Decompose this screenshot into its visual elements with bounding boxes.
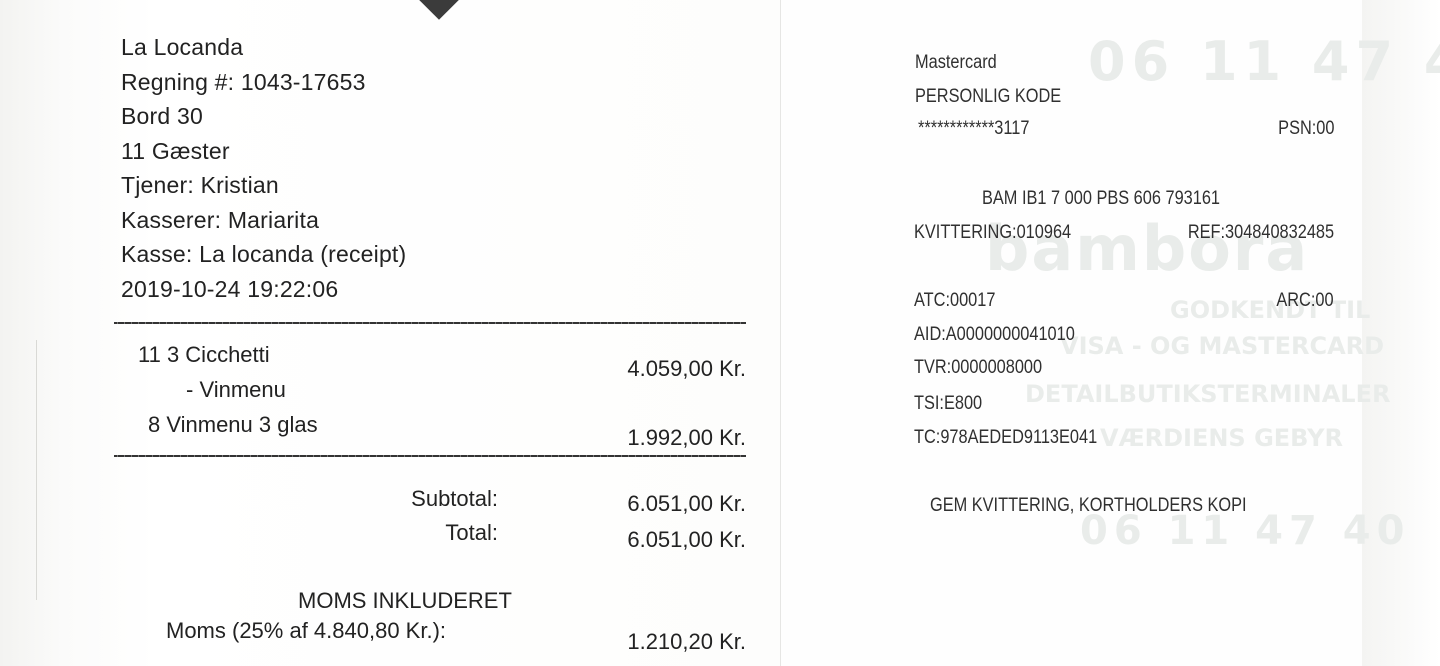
card-type: Mastercard [915, 52, 997, 74]
reference-number: REF:304840832485 [1188, 222, 1334, 244]
register-name: Kasse: La locanda (receipt) [121, 237, 406, 272]
watermark-line: VÆRDIENS GEBYR [1100, 424, 1343, 452]
tc: TC:978AEDED9113E041 [914, 427, 1097, 449]
total-value: 6.051,00 Kr. [627, 527, 746, 553]
receipt-datetime: 2019-10-24 19:22:06 [121, 272, 406, 307]
vat-label: Moms (25% af 4.840,80 Kr.): [166, 618, 446, 644]
psn: PSN:00 [1278, 118, 1334, 140]
tvr: TVR:0000008000 [914, 357, 1042, 379]
terminal-id: BAM IB1 7 000 PBS 606 793161 [982, 188, 1220, 210]
vat-heading: MOMS INKLUDERET [298, 588, 512, 614]
cashier-name: Kasserer: Mariarita [121, 203, 406, 238]
guest-count: 11 Gæster [121, 134, 406, 169]
watermark-line: VISA - OG MASTERCARD [1060, 332, 1384, 360]
receipt-header: La Locanda Regning #: 1043-17653 Bord 30… [121, 30, 406, 306]
watermark-line: GODKENDT TIL [1170, 296, 1370, 324]
atc: ATC:00017 [914, 290, 995, 312]
subtotal-label: Subtotal: [411, 486, 498, 512]
line-item-name: 11 3 Cicchetti [138, 342, 270, 368]
waiter-name: Tjener: Kristian [121, 168, 406, 203]
paper-crease [36, 340, 37, 600]
receipt-number: KVITTERING:010964 [914, 222, 1071, 244]
bill-number: Regning #: 1043-17653 [121, 65, 406, 100]
tsi: TSI:E800 [914, 393, 982, 415]
line-item-subname: - Vinmenu [186, 377, 286, 403]
line-item-amount: 4.059,00 Kr. [627, 356, 746, 382]
receipt-footer: GEM KVITTERING, KORTHOLDERS KOPI [930, 495, 1247, 517]
divider-line [114, 322, 746, 324]
line-item-amount: 1.992,00 Kr. [627, 425, 746, 451]
watermark-numbers: 06 11 47 40 [1088, 30, 1440, 93]
masked-card-number: ************3117 [918, 118, 1029, 140]
restaurant-name: La Locanda [121, 30, 406, 65]
subtotal-value: 6.051,00 Kr. [627, 491, 746, 517]
arc: ARC:00 [1277, 290, 1334, 312]
line-item-name: 8 Vinmenu 3 glas [148, 412, 318, 438]
watermark-line: DETAILBUTIKSTERMINALER [1025, 380, 1390, 408]
divider-line [114, 455, 746, 457]
vat-value: 1.210,20 Kr. [627, 629, 746, 655]
total-label: Total: [445, 520, 498, 546]
table-number: Bord 30 [121, 99, 406, 134]
aid: AID:A0000000041010 [914, 324, 1075, 346]
verification-method: PERSONLIG KODE [915, 86, 1061, 108]
